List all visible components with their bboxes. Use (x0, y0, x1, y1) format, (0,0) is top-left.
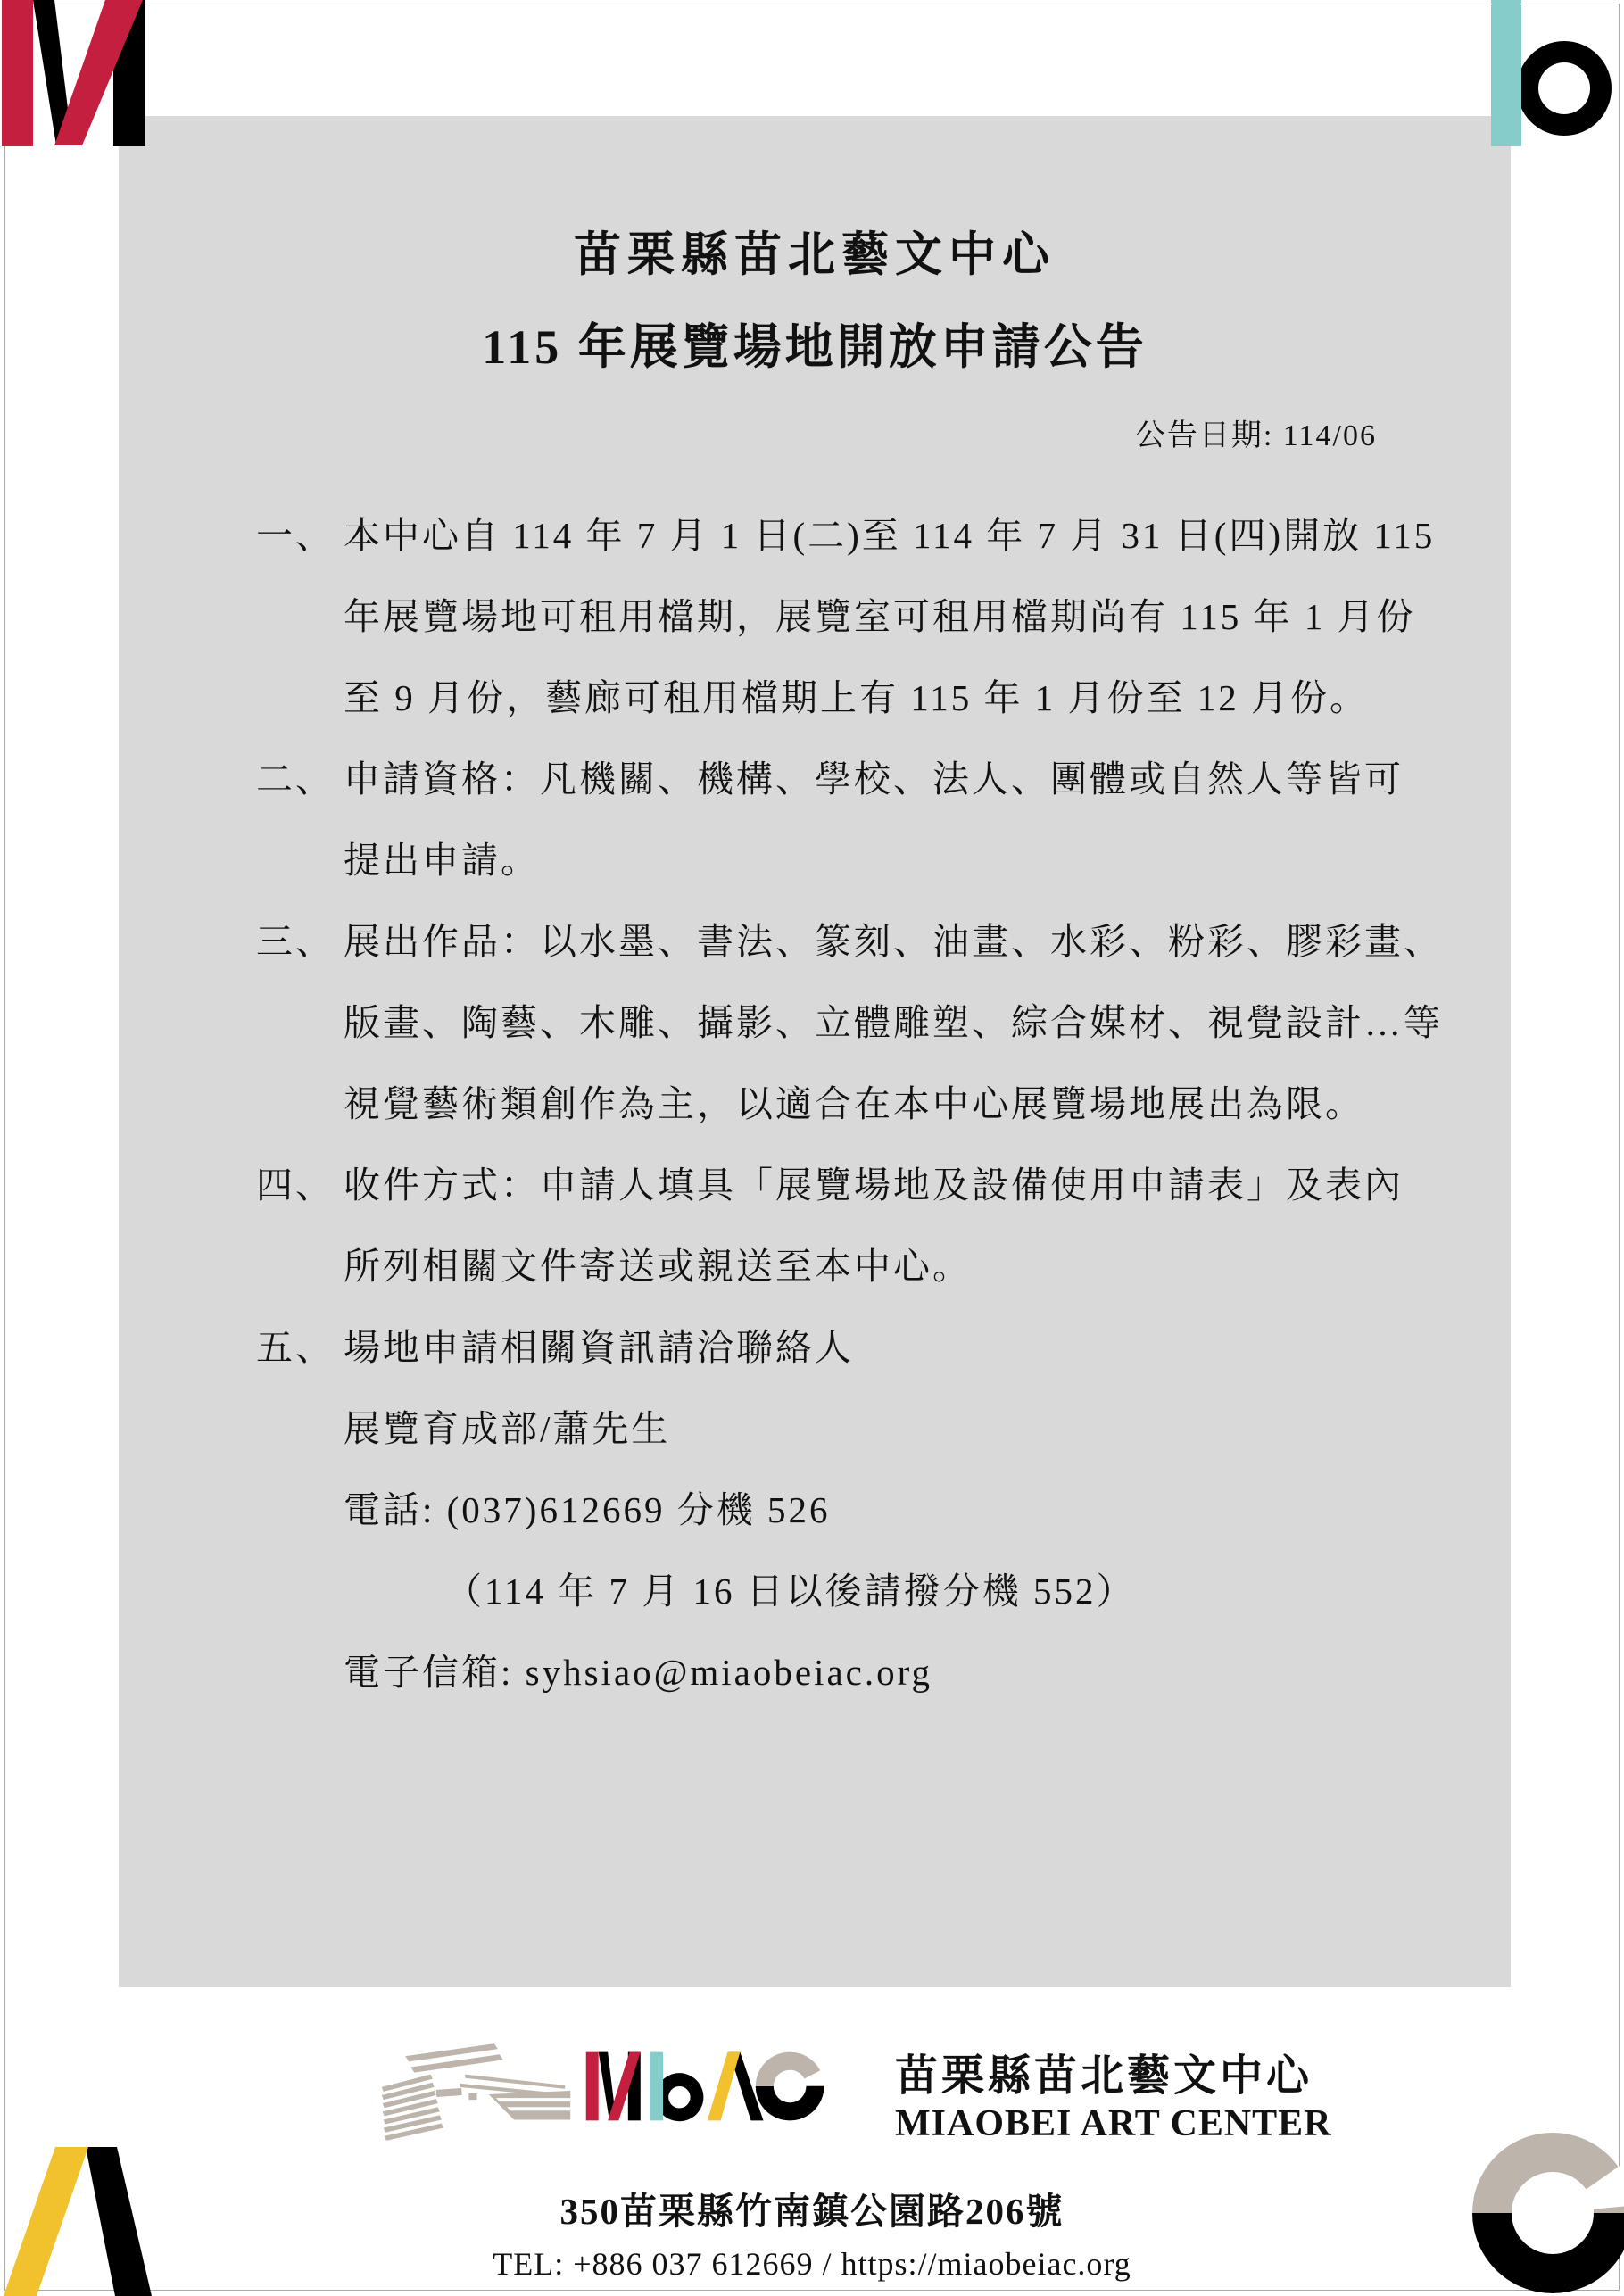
line-text: 收件方式：申請人填具「展覽場地及設備使用申請表」及表內 (344, 1165, 1404, 1206)
line-text: 展覽育成部/蕭先生 (344, 1408, 670, 1449)
logo-c-hole (774, 2070, 807, 2103)
item-4-line-2: 所列相關文件寄送或親送至本中心。 (119, 1226, 1511, 1307)
item-5-line-5: 電子信箱: syhsiao@miaobeiac.org (119, 1632, 1511, 1713)
logo-m-red-bar (586, 2052, 599, 2121)
footer-address: 350苗栗縣竹南鎮公園路206號 (9, 2182, 1615, 2234)
m-red-bar (2, 0, 33, 146)
announcement-body: 一、本中心自 114 年 7 月 1 日(二)至 114 年 7 月 31 日(… (119, 495, 1511, 1713)
item-5-line-3: 電話: (037)612669 分機 526 (119, 1470, 1511, 1551)
line-text: 申請資格：凡機關、機構、學校、法人、團體或自然人等皆可 (344, 758, 1404, 800)
item-number: 四、 (256, 1145, 335, 1226)
item-number: 三、 (256, 901, 335, 982)
b-bowl-hole (1538, 62, 1590, 114)
line-text: 展出作品：以水墨、書法、篆刻、油畫、水彩、粉彩、膠彩畫、 (344, 921, 1443, 962)
item-3-line-3: 視覺藝術類創作為主，以適合在本中心展覽場地展出為限。 (119, 1064, 1511, 1145)
b-letter-logo-icon (1477, 0, 1624, 156)
footer-org-name-en: MIAOBEI ART CENTER (895, 2103, 1332, 2144)
line-text: 提出申請。 (344, 840, 540, 881)
mbac-logotype-icon (584, 2050, 827, 2123)
contact-phone: 電話: (037)612669 分機 526 (344, 1489, 830, 1530)
line-text: 視覺藝術類創作為主，以適合在本中心展覽場地展出為限。 (344, 1083, 1364, 1124)
item-number: 一、 (256, 495, 335, 576)
announcement-date: 公告日期: 114/06 (1135, 410, 1377, 454)
item-1-line-1: 一、本中心自 114 年 7 月 1 日(二)至 114 年 7 月 31 日(… (119, 495, 1511, 576)
item-4-line-1: 四、收件方式：申請人填具「展覽場地及設備使用申請表」及表內 (119, 1145, 1511, 1226)
logo-b-hole (668, 2086, 690, 2108)
item-5-line-4: （114 年 7 月 16 日以後請撥分機 552） (119, 1551, 1511, 1632)
logo-b-teal-bar (650, 2052, 663, 2121)
line-text: 本中心自 114 年 7 月 1 日(二)至 114 年 7 月 31 日(四)… (344, 515, 1435, 556)
announcement-page: { "announcement": { "title_line1": "苗栗縣苗… (0, 0, 1624, 2296)
announcement-title-line2: 115 年展覽場地開放申請公告 (119, 309, 1511, 377)
art-center-building-icon (377, 2040, 578, 2149)
item-number: 五、 (256, 1307, 335, 1388)
logo-a-yellow-stroke (708, 2052, 741, 2121)
item-1-line-2: 年展覽場地可租用檔期，展覽室可租用檔期尚有 115 年 1 月份 (119, 576, 1511, 658)
line-text: 場地申請相關資訊請洽聯絡人 (344, 1327, 854, 1368)
footer-tel-url: TEL: +886 037 612669 / https://miaobeiac… (9, 2245, 1615, 2283)
line-text: （114 年 7 月 16 日以後請撥分機 552） (445, 1571, 1135, 1612)
footer-contact-block: 350苗栗縣竹南鎮公園路206號 TEL: +886 037 612669 / … (9, 2182, 1615, 2283)
line-text: 年展覽場地可租用檔期，展覽室可租用檔期尚有 115 年 1 月份 (344, 596, 1415, 637)
item-3-line-2: 版畫、陶藝、木雕、攝影、立體雕塑、綜合媒材、視覺設計…等 (119, 982, 1511, 1064)
announcement-title-line1: 苗栗縣苗北藝文中心 (119, 217, 1511, 285)
footer-org-name-zh: 苗栗縣苗北藝文中心 (895, 2053, 1332, 2100)
item-3-line-1: 三、展出作品：以水墨、書法、篆刻、油畫、水彩、粉彩、膠彩畫、 (119, 901, 1511, 982)
line-text: 所列相關文件寄送或親送至本中心。 (344, 1246, 972, 1287)
m-letter-logo-icon (0, 0, 148, 147)
b-teal-bar (1491, 0, 1521, 146)
item-2-line-1: 二、申請資格：凡機關、機構、學校、法人、團體或自然人等皆可 (119, 739, 1511, 820)
announcement-panel: 苗栗縣苗北藝文中心 115 年展覽場地開放申請公告 公告日期: 114/06 一… (119, 116, 1511, 1987)
item-1-line-3: 至 9 月份，藝廊可租用檔期上有 115 年 1 月份至 12 月份。 (119, 658, 1511, 739)
contact-email: 電子信箱: syhsiao@miaobeiac.org (344, 1652, 932, 1693)
item-number: 二、 (256, 739, 335, 820)
item-2-line-2: 提出申請。 (119, 820, 1511, 901)
item-5-line-1: 五、場地申請相關資訊請洽聯絡人 (119, 1307, 1511, 1388)
line-text: 版畫、陶藝、木雕、攝影、立體雕塑、綜合媒材、視覺設計…等 (344, 1002, 1443, 1043)
line-text: 至 9 月份，藝廊可租用檔期上有 115 年 1 月份至 12 月份。 (344, 677, 1369, 718)
footer-org-names: 苗栗縣苗北藝文中心 MIAOBEI ART CENTER (895, 2053, 1332, 2144)
item-5-line-2: 展覽育成部/蕭先生 (119, 1388, 1511, 1470)
